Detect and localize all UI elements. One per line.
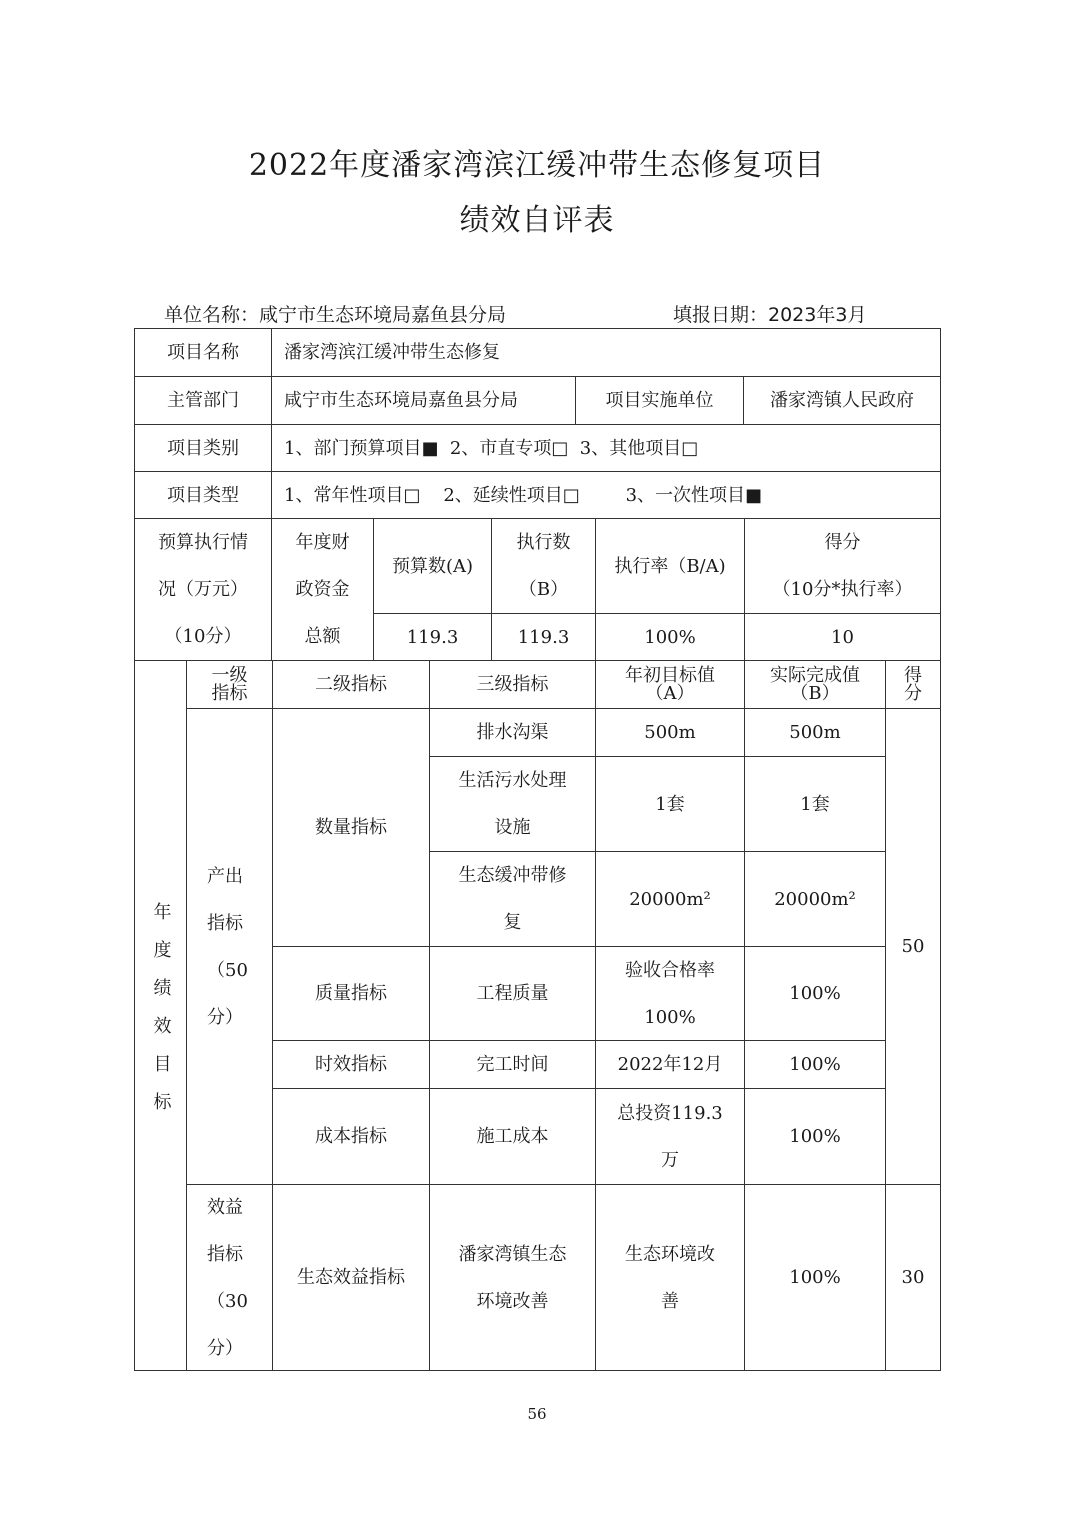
benefit-l3-line: 环境改善 [477, 1278, 549, 1325]
budget-header: 预算数(A) [373, 518, 492, 614]
page-number: 56 [0, 1405, 1074, 1423]
timeliness-l2: 时效指标 [272, 1040, 430, 1089]
row-l3: 完工时间 [429, 1040, 596, 1089]
target-header-line: 年初目标值 [625, 667, 715, 685]
category-value: 1、部门预算项目■ 2、市直专项□ 3、其他项目□ [271, 424, 941, 472]
exec-header: 执行数 （B） [491, 518, 596, 614]
fund-label-line: 总额 [305, 613, 341, 660]
row-l3: 排水沟渠 [429, 708, 596, 757]
target-header-line: （A） [646, 685, 695, 703]
row-actual: 100% [744, 946, 886, 1041]
annual-target-label: 年度绩效目标 [134, 660, 187, 1371]
exec-header-line: （B） [519, 566, 568, 613]
row-target-line: 100% [644, 994, 695, 1041]
budget-label-line: 况（万元） [158, 566, 248, 613]
row-target: 1套 [595, 756, 745, 852]
row-target: 验收合格率 100% [595, 946, 745, 1041]
actual-header-line: 实际完成值 [770, 667, 860, 685]
fund-label-line: 年度财 [296, 519, 350, 566]
unit-name: 单位名称：咸宁市生态环境局嘉鱼县分局 [164, 300, 506, 327]
benefit-l1-line: 效益 [207, 1184, 243, 1231]
type-value: 1、常年性项目□ 2、延续性项目□ 3、一次性项目■ [271, 471, 941, 519]
type-label: 项目类型 [134, 471, 272, 519]
benefit-l1-line: 分） [207, 1325, 243, 1372]
score-header-line: 得分 [825, 519, 861, 566]
page-subtitle: 绩效自评表 [0, 195, 1074, 239]
row-target: 总投资119.3 万 [595, 1088, 745, 1185]
score-value: 10 [744, 613, 941, 661]
output-l1-line: 指标 [207, 900, 243, 947]
l1-header: 一级 指标 [186, 660, 273, 709]
dept-value: 咸宁市生态环境局嘉鱼县分局 [271, 376, 576, 425]
budget-label-line: （10分） [165, 613, 242, 660]
report-date: 填报日期：2023年3月 [673, 300, 866, 327]
target-header: 年初目标值 （A） [595, 660, 745, 709]
row-l3: 施工成本 [429, 1088, 596, 1185]
score-header: 得分 （10分*执行率） [744, 518, 941, 614]
exec-header-line: 执行数 [517, 519, 571, 566]
benefit-l3: 潘家湾镇生态 环境改善 [429, 1184, 596, 1371]
budget-label-line: 预算执行情 [158, 519, 248, 566]
row-target-line: 总投资119.3 [617, 1090, 723, 1137]
annual-target-text: 年度绩效目标 [152, 902, 170, 1130]
benefit-score: 30 [885, 1184, 941, 1371]
fund-label: 年度财 政资金 总额 [271, 518, 374, 661]
row-l3-line: 生态缓冲带修 [459, 852, 567, 899]
row-target-line: 万 [661, 1137, 679, 1184]
row-actual: 100% [744, 1040, 886, 1089]
category-label: 项目类别 [134, 424, 272, 472]
fund-label-line: 政资金 [296, 566, 350, 613]
score-col-header: 得 分 [885, 660, 941, 709]
actual-header: 实际完成值 （B） [744, 660, 886, 709]
output-l1-line: （50 [207, 947, 248, 994]
row-actual: 500m [744, 708, 886, 757]
row-l3: 生活污水处理 设施 [429, 756, 596, 852]
score-col-header-line: 分 [904, 685, 922, 703]
row-target-line: 验收合格率 [625, 947, 715, 994]
benefit-target-line: 生态环境改 [625, 1231, 715, 1278]
dept-label: 主管部门 [134, 376, 272, 425]
row-target: 20000m² [595, 851, 745, 947]
benefit-l1: 效益 指标 （30 分） [186, 1184, 273, 1371]
benefit-l2: 生态效益指标 [272, 1184, 430, 1371]
row-l3-line: 设施 [495, 804, 531, 851]
impl-label: 项目实施单位 [575, 376, 744, 425]
quantity-l2: 数量指标 [272, 708, 430, 947]
l3-header: 三级指标 [429, 660, 596, 709]
row-actual: 100% [744, 1088, 886, 1185]
project-name-label: 项目名称 [134, 328, 272, 377]
score-header-line: （10分*执行率） [773, 566, 913, 613]
row-l3-line: 生活污水处理 [459, 757, 567, 804]
benefit-target: 生态环境改 善 [595, 1184, 745, 1371]
output-l1-line: 分） [207, 994, 243, 1041]
l1-header-line: 指标 [212, 685, 248, 703]
budget-label: 预算执行情 况（万元） （10分） [134, 518, 272, 661]
row-actual: 20000m² [744, 851, 886, 947]
output-score: 50 [885, 708, 941, 1185]
l1-header-line: 一级 [212, 667, 248, 685]
cost-l2: 成本指标 [272, 1088, 430, 1185]
actual-header-line: （B） [790, 685, 839, 703]
rate-header: 执行率（B/A) [595, 518, 745, 614]
page-title: 2022年度潘家湾滨江缓冲带生态修复项目 [0, 140, 1074, 184]
row-l3-line: 复 [504, 899, 522, 946]
benefit-l1-line: （30 [207, 1278, 248, 1325]
exec-value: 119.3 [491, 613, 596, 661]
l2-header: 二级指标 [272, 660, 430, 709]
quality-l2: 质量指标 [272, 946, 430, 1041]
score-col-header-line: 得 [904, 667, 922, 685]
benefit-l3-line: 潘家湾镇生态 [459, 1231, 567, 1278]
impl-value: 潘家湾镇人民政府 [743, 376, 941, 425]
output-l1-line: 产出 [207, 853, 243, 900]
output-l1: 产出 指标 （50 分） [186, 708, 273, 1185]
project-name-value: 潘家湾滨江缓冲带生态修复 [271, 328, 941, 377]
row-target: 2022年12月 [595, 1040, 745, 1089]
budget-value: 119.3 [373, 613, 492, 661]
row-target: 500m [595, 708, 745, 757]
row-actual: 1套 [744, 756, 886, 852]
benefit-l1-line: 指标 [207, 1231, 243, 1278]
rate-value: 100% [595, 613, 745, 661]
row-l3: 工程质量 [429, 946, 596, 1041]
benefit-actual: 100% [744, 1184, 886, 1371]
benefit-target-line: 善 [661, 1278, 679, 1325]
row-l3: 生态缓冲带修 复 [429, 851, 596, 947]
